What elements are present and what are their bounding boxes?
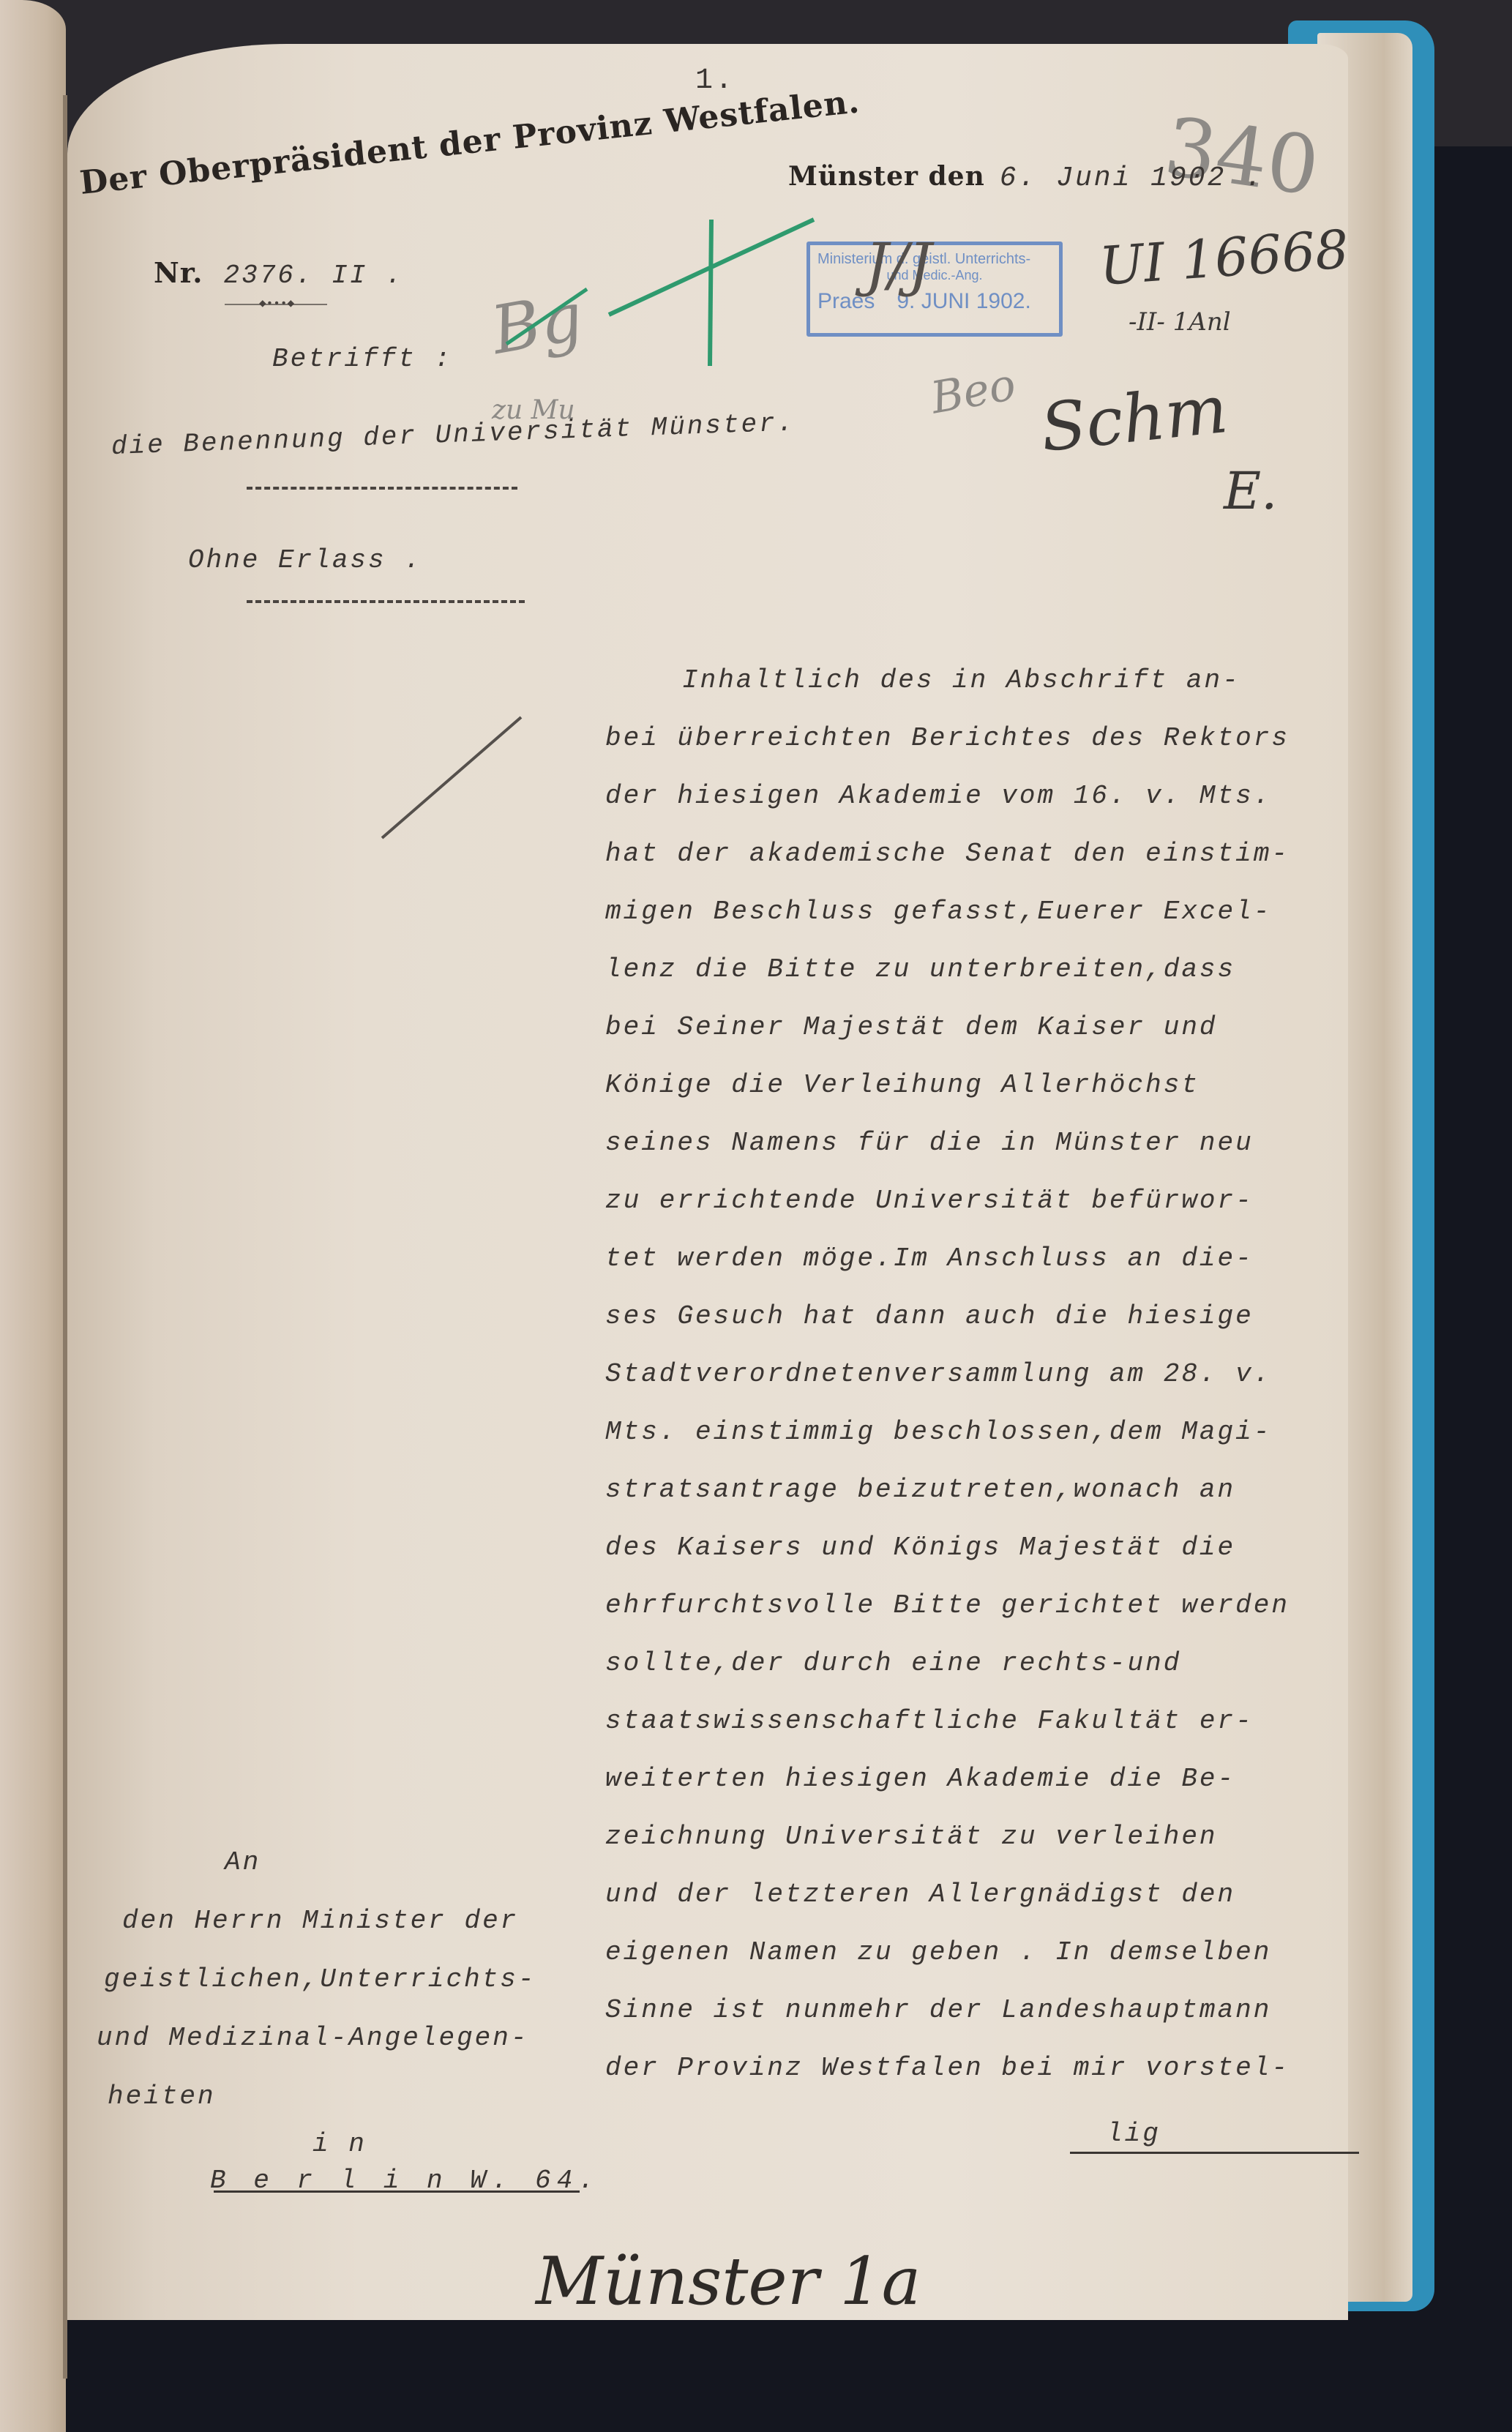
body-line: bei Seiner Majestät dem Kaiser und <box>605 998 1290 1056</box>
signature: Schm <box>1037 371 1231 467</box>
body-line: hat der akademische Senat den einstim- <box>605 825 1290 883</box>
body-line: staatswissenschaftliche Fakultät er- <box>605 1692 1290 1750</box>
addressee-block: An den Herrn Minister der geistlichen,Un… <box>97 1833 600 2199</box>
subject-text: die Benennung der Universität Münster. <box>111 408 796 462</box>
body-line: der hiesigen Akademie vom 16. v. Mts. <box>605 767 1290 825</box>
signature-initial: E. <box>1224 461 1277 521</box>
letterhead: Der Oberpräsident der Provinz Westfalen. <box>78 83 862 202</box>
body-line: ehrfurchtsvolle Bitte gerichtet werden <box>605 1576 1290 1634</box>
body-line: sollte,der durch eine rechts-und <box>605 1634 1290 1692</box>
body-line: Könige die Verleihung Allerhöchst <box>605 1056 1290 1114</box>
archive-folio-number: 340 <box>1159 100 1325 214</box>
body-text: Inhaltlich des in Abschrift an- bei über… <box>605 651 1290 2097</box>
addressee-line: An <box>97 1833 600 1892</box>
catchword: lig <box>1107 2119 1161 2149</box>
body-line: tet werden möge.Im Anschluss an die- <box>605 1230 1290 1287</box>
decree-note: Ohne Erlass . <box>188 545 422 575</box>
addressee-city: B e r l i n W. 64. <box>97 2163 600 2199</box>
reference-line: Nr. 2376. II . <box>154 256 404 291</box>
body-line: eigenen Namen zu geben . In demselben <box>605 1923 1290 1981</box>
city-underline <box>214 2190 580 2193</box>
ornament-icon: ◆•••◆ <box>259 296 294 310</box>
ministry-receipt-stamp: Ministerium d. geistl. Unterrichts- und … <box>806 242 1063 337</box>
page-number: 1. <box>695 64 735 97</box>
pencil-stamp-annotation: J/J <box>865 231 932 299</box>
body-line: seines Namens für die in Münster neu <box>605 1114 1290 1172</box>
body-line: des Kaisers und Königs Majestät die <box>605 1519 1290 1576</box>
body-line: zeichnung Universität zu verleihen <box>605 1808 1290 1866</box>
date: 6. Juni 1902 . <box>1000 162 1264 194</box>
pencil-annotation-right: Beo <box>927 359 1019 424</box>
addressee-line: und Medizinal-Angelegen- <box>97 2009 600 2068</box>
addressee-line: heiten <box>97 2068 600 2126</box>
document-page: 1. 340 Der Oberpräsident der Provinz Wes… <box>67 44 1348 2320</box>
body-line: lenz die Bitte zu unterbreiten,dass <box>605 940 1290 998</box>
reference-number: 2376. II . <box>224 261 404 291</box>
green-cross-mark <box>477 190 843 381</box>
stamp-line-2: und Medic.-Ang. <box>817 268 1052 283</box>
body-line: Inhaltlich des in Abschrift an- <box>605 651 1290 709</box>
body-line: ses Gesuch hat dann auch die hiesige <box>605 1287 1290 1345</box>
left-facing-page <box>0 0 66 2432</box>
body-line: weiterten hiesigen Akademie die Be- <box>605 1750 1290 1808</box>
bottom-handwritten-note: Münster 1a <box>536 2243 921 2320</box>
addressee-in: i n <box>97 2126 600 2163</box>
subject-label: Betrifft : <box>272 344 452 374</box>
body-line: Stadtverordnetenversammlung am 28. v. <box>605 1345 1290 1403</box>
body-line: bei überreichten Berichtes des Rektors <box>605 709 1290 767</box>
body-line: und der letzteren Allergnädigst den <box>605 1866 1290 1923</box>
addressee-line: geistlichen,Unterrichts- <box>97 1950 600 2009</box>
stamp-line-1: Ministerium d. geistl. Unterrichts- <box>817 251 1052 268</box>
addressee-line: den Herrn Minister der <box>97 1892 600 1950</box>
body-line: Mts. einstimmig beschlossen,dem Magi- <box>605 1403 1290 1461</box>
body-line: der Provinz Westfalen bei mir vorstel- <box>605 2039 1290 2097</box>
catchword-underline <box>1070 2152 1359 2154</box>
journal-sub: -II- 1Anl <box>1129 307 1231 337</box>
diagonal-stroke-mark <box>375 703 536 849</box>
decree-divider <box>247 600 525 603</box>
place-date: Münster den 6. Juni 1902 . <box>788 161 1264 194</box>
subject-divider <box>247 487 517 490</box>
body-line: migen Beschluss gefasst,Euerer Excel- <box>605 883 1290 940</box>
body-line: Sinne ist nunmehr der Landeshauptmann <box>605 1981 1290 2039</box>
body-line: zu errichtende Universität befürwor- <box>605 1172 1290 1230</box>
reference-prefix: Nr. <box>154 256 203 289</box>
body-line: stratsantrage beizutreten,wonach an <box>605 1461 1290 1519</box>
journal-number: UI 16668 <box>1097 218 1350 297</box>
place: Münster den <box>788 161 985 192</box>
